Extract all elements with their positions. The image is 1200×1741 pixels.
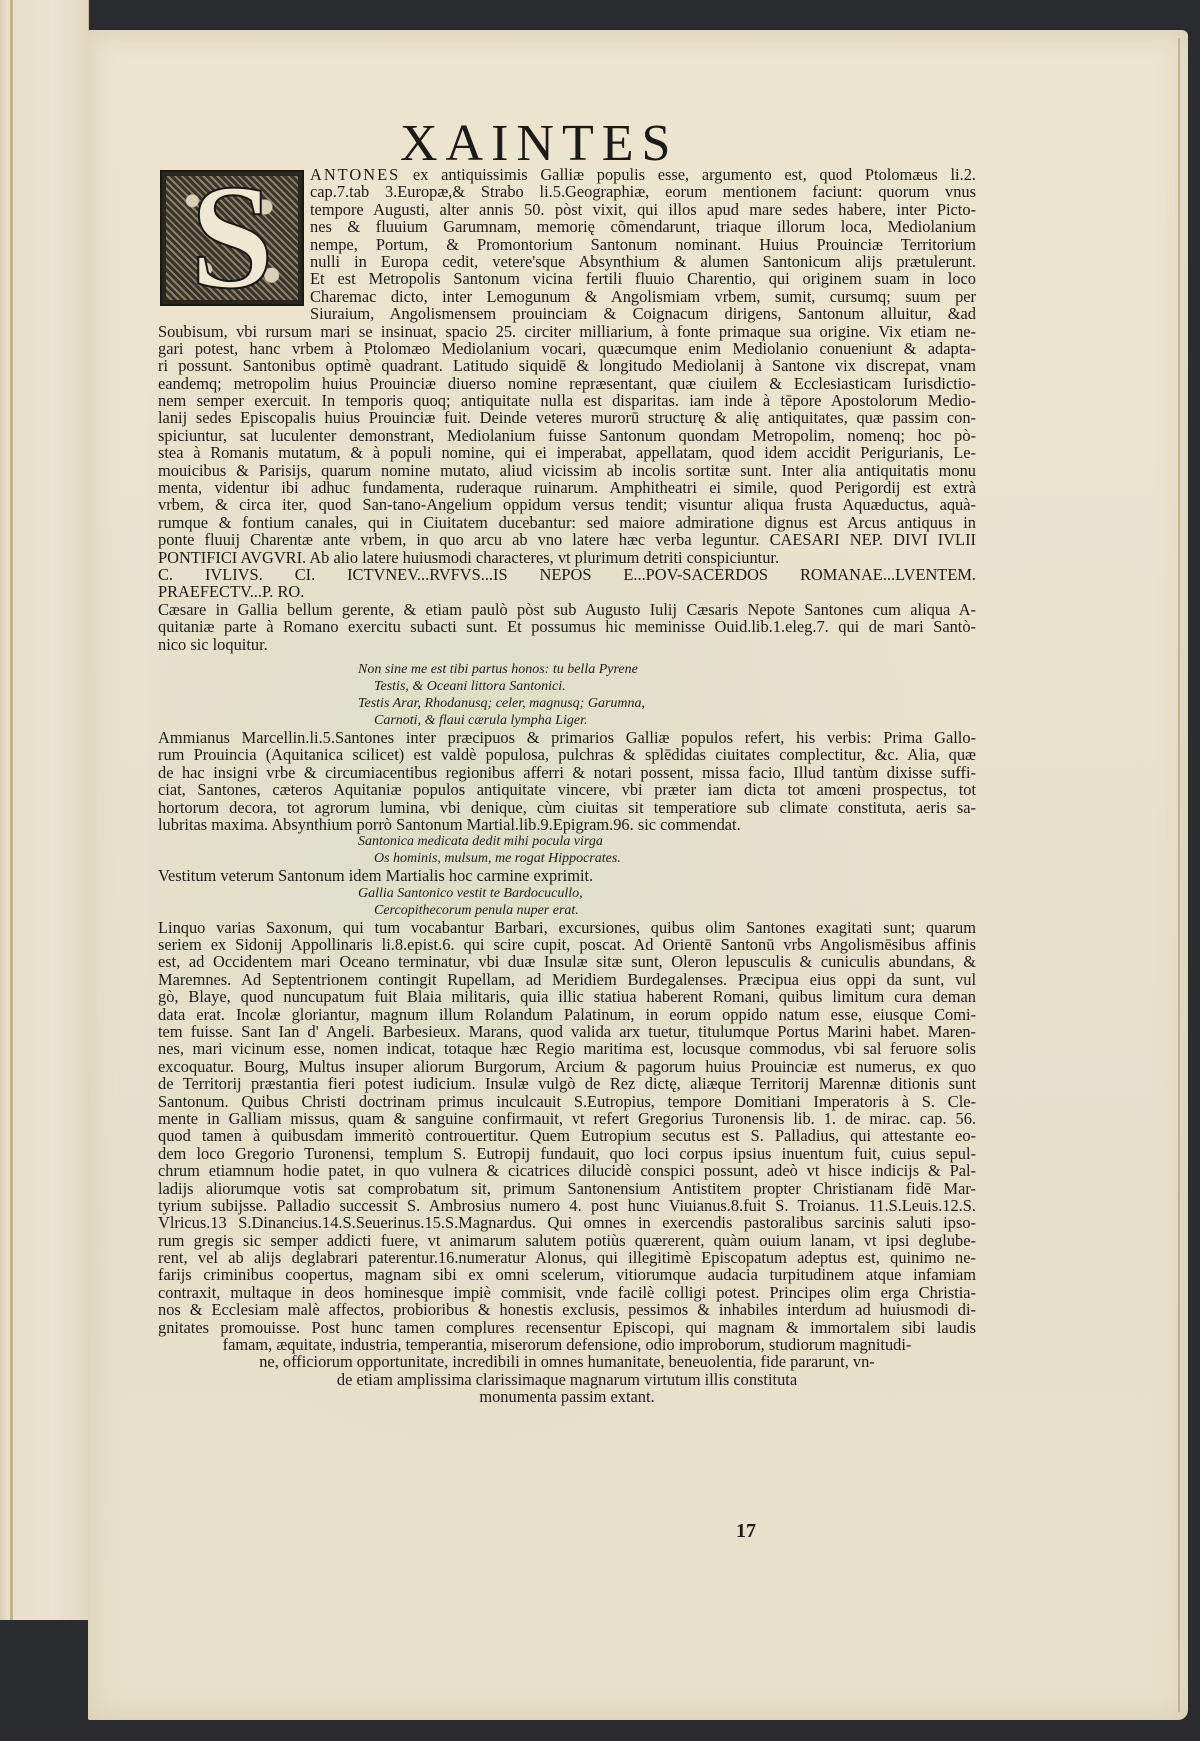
text-line: ANTONES ex antiquissimis Galliæ populis … (158, 166, 976, 183)
text-line: de hac insigni vrbe & circumiacentibus r… (158, 764, 976, 781)
text-line: mouicibus & Parisijs, quarum nomine muta… (158, 462, 976, 479)
text-line: PONTIFICI AVGVRI. Ab alio latere huiusmo… (158, 549, 976, 566)
text-line: gari potest, hanc vrbem à Ptolomæo Medio… (158, 340, 976, 357)
verse-line: Testis Arar, Rhodanusq; celer, magnusq; … (158, 695, 976, 712)
text-line: Et est Metropolis Santonum vicina fertil… (158, 270, 976, 287)
text-line: quod tamen à quibusdam immeritò controue… (158, 1127, 976, 1144)
text-line: rumque & fontium canales, qui in Ciuitat… (158, 514, 976, 531)
text-line: Vlricus.13 S.Dinancius.14.S.Seuerinus.15… (158, 1214, 976, 1231)
text-line: Cæsare in Gallia bellum gerente, & etiam… (158, 601, 976, 618)
text-line: Linquo varias Saxonum, qui tum vocabantu… (158, 919, 976, 936)
text-line: lanij sedes Episcopalis huius Prouinciæ … (158, 409, 976, 426)
text-line: excoquatur. Bourg, Multus insuper alioru… (158, 1058, 976, 1075)
closing-line: de etiam amplissima clarissimaque magnar… (158, 1371, 976, 1388)
text-line: nes & fluuium Garumnam, memorię cõmendar… (158, 218, 976, 235)
text-line: ponte fluuij Charentæ ante vrbem, in quo… (158, 531, 976, 548)
body-text: ANTONES ex antiquissimis Galliæ populis … (158, 166, 976, 1406)
text-line: ladijs aliorumque votis sat comprobatum … (158, 1180, 976, 1197)
text-line: ri possunt. Santonibus optimè quadrant. … (158, 357, 976, 374)
inscription-line: PRAEFECTV...P. RO. (158, 583, 976, 600)
text-line: Siuraium, Angolismensem prouinciam & Coi… (158, 305, 976, 322)
text-line: nempe, Portum, & Promontorium Santonum n… (158, 236, 976, 253)
text-line: Ammianus Marcellin.li.5.Santones inter p… (158, 729, 976, 746)
text-line: est, ad Occidentem mari Oceano terminatu… (158, 953, 976, 970)
text-line: nos & Ecclesiam malè affectos, probiorib… (158, 1301, 976, 1318)
text-line: contraxit, multaque in deos hominesque i… (158, 1284, 976, 1301)
verse-line: Gallia Santonico vestit te Bardocucullo, (158, 885, 976, 902)
text-line: gò, Blaye, quod nuncupatum fuit Blaia mi… (158, 988, 976, 1005)
text-line: nes, mari vicinum esse, nomen indicat, t… (158, 1040, 976, 1057)
text-line: tem fuisse. Sant Ian d' Angeli. Barbesie… (158, 1023, 976, 1040)
text-line: data erat. Incolæ gloriantur, magnum ill… (158, 1006, 976, 1023)
text-line: de Territorij præstantia fieri potest iu… (158, 1075, 976, 1092)
text-line: Soubisum, vbi rursum mari se insinuat, s… (158, 323, 976, 340)
text-line: rum Prouincia (Aquitanica scilicet) est … (158, 746, 976, 763)
text-line: farijs criminibus coopertus, magnam sibi… (158, 1266, 976, 1283)
verse-line: Santonica medicata dedit mihi pocula vir… (158, 833, 976, 850)
left-page-edges (0, 0, 89, 1620)
closing-line: famam, æquitate, industria, temperantia,… (158, 1336, 976, 1353)
page-number: 17 (736, 1520, 756, 1543)
text-line: Charemac dicto, inter Lemogunum & Angoli… (158, 288, 976, 305)
text-line: chrum etiamnum hodie patet, in quo vulne… (158, 1162, 976, 1179)
text-line: rum gregis sic semper addicti fuere, vt … (158, 1232, 976, 1249)
text-line: mente in Galliam missus, quam & sanguine… (158, 1110, 976, 1127)
verse-line: Cercopithecorum penula nuper erat. (158, 902, 976, 919)
verse-line: Os hominis, mulsum, me rogat Hippocrates… (158, 850, 976, 867)
text-line: gnitates promouisse. Post hunc tamen com… (158, 1319, 976, 1336)
opening-word: ANTONES (310, 165, 400, 184)
text-line: vrbem, & circa iter, quod San-tano-Angel… (158, 496, 976, 513)
text-line: lubritas maxima. Absynthium porrò Santon… (158, 816, 976, 833)
text-line: nulli in Europa cedit, vetere'sque Absyn… (158, 253, 976, 270)
text-line: rent, vel ab alijs deglabrari paterentur… (158, 1249, 976, 1266)
closing-line: monumenta passim extant. (158, 1388, 976, 1405)
text-line: Santonum. Quibus Christi doctrinam primu… (158, 1093, 976, 1110)
text-line: tempore Augusti, alter annis 50. pòst vi… (158, 201, 976, 218)
text-line: eandemq; metropolim huius Prouinciæ diue… (158, 375, 976, 392)
text-line: hortorum decora, tot agrorum lumina, vbi… (158, 799, 976, 816)
text-line: Maremnes. Ad Septentrionem contingit Rup… (158, 971, 976, 988)
closing-line: ne, officiorum opportunitate, incredibil… (158, 1353, 976, 1370)
text-line: stea à Romanis mutatum, & à populi nomin… (158, 444, 976, 461)
verse-line: Carnoti, & flaui cærula lympha Liger. (158, 712, 976, 729)
text-line: dem loco Gregorio Turonensi, templum S. … (158, 1145, 976, 1162)
text-line: nico sic loquitur. (158, 636, 976, 653)
inscription-line: C. IVLIVS. CI. ICTVNEV...RVFVS...IS NEPO… (158, 566, 976, 583)
text-line: ciat, Santones, cæteros Aquitaniæ populo… (158, 781, 976, 798)
text-line: nem semper exercuit. In temporis quoq; a… (158, 392, 976, 409)
text-line: tyrium subijsse. Palladio successit S. A… (158, 1197, 976, 1214)
text-line: cap.7.tab 3.Europæ,& Strabo li.5.Geograp… (158, 183, 976, 200)
text-line: seriem ex Sidonij Appollinaris li.8.epis… (158, 936, 976, 953)
page-title: XAINTES (400, 118, 720, 170)
text-line: quitaniæ parte à Romano exercitu subacti… (158, 618, 976, 635)
verse-line: Non sine me est tibi partus honos: tu be… (158, 661, 976, 678)
verse-line: Testis, & Oceani littora Santonici. (158, 678, 976, 695)
text-line: spiciuntur, sat luculenter demonstrant, … (158, 427, 976, 444)
text-line: menta, videntur ibi adhuc fundamenta, ru… (158, 479, 976, 496)
text-line: Vestitum veterum Santonum idem Martialis… (158, 867, 976, 884)
